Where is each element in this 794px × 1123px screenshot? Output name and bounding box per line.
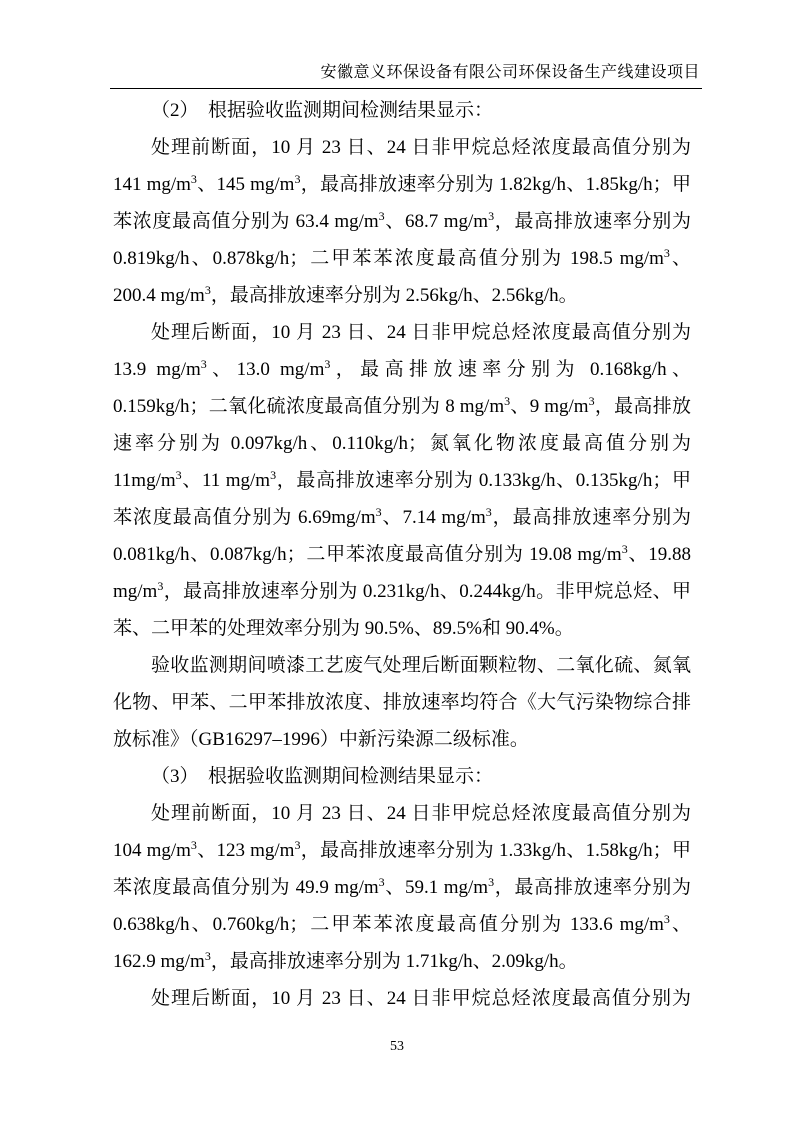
paragraph-posttreatment-results-3-partial: 处理后断面，10 月 23 日、24 日非甲烷总烃浓度最高值分别为 [113, 980, 691, 1017]
paragraph-section-2-heading: （2） 根据验收监测期间检测结果显示： [113, 92, 691, 129]
paragraph-posttreatment-results-2: 处理后断面，10 月 23 日、24 日非甲烷总烃浓度最高值分别为 13.9 m… [113, 314, 691, 647]
document-page: 安徽意义环保设备有限公司环保设备生产线建设项目 （2） 根据验收监测期间检测结果… [0, 0, 794, 1123]
document-body: （2） 根据验收监测期间检测结果显示： 处理前断面，10 月 23 日、24 日… [113, 92, 691, 1017]
paragraph-standard-compliance: 验收监测期间喷漆工艺废气处理后断面颗粒物、二氧化硫、氮氧化物、甲苯、二甲苯排放浓… [113, 647, 691, 758]
paragraph-section-3-heading: （3） 根据验收监测期间检测结果显示： [113, 758, 691, 795]
page-number: 53 [0, 1038, 794, 1056]
paragraph-pretreatment-results-2: 处理前断面，10 月 23 日、24 日非甲烷总烃浓度最高值分别为 141 mg… [113, 129, 691, 314]
header-rule [110, 88, 702, 89]
page-header-title: 安徽意义环保设备有限公司环保设备生产线建设项目 [320, 63, 700, 83]
paragraph-pretreatment-results-3: 处理前断面，10 月 23 日、24 日非甲烷总烃浓度最高值分别为 104 mg… [113, 795, 691, 980]
